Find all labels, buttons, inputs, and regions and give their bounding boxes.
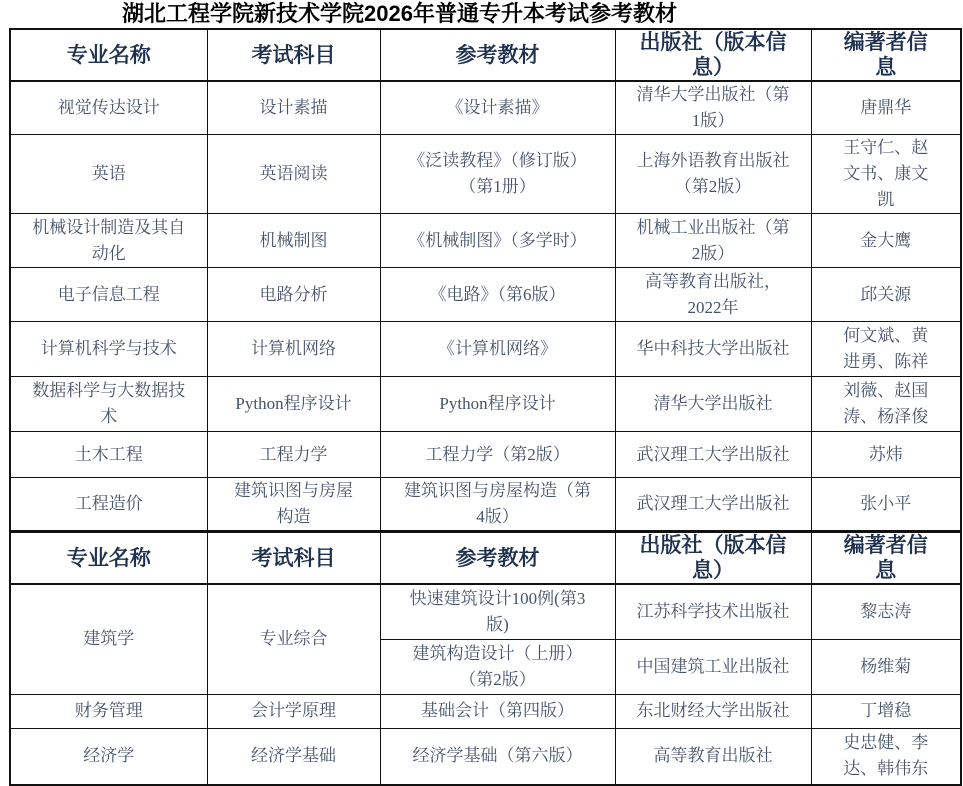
table-row: 财务管理会计学原理基础会计（第四版）东北财经大学出版社丁增稳 [10, 694, 961, 728]
cell-major: 数据科学与大数据技术 [10, 377, 207, 432]
cell-major: 英语 [10, 135, 207, 214]
cell-textbook: 经济学基础（第六版） [380, 728, 615, 785]
cell-publisher: 武汉理工大学出版社 [615, 432, 811, 478]
table-row: 视觉传达设计设计素描《设计素描》清华大学出版社（第1版）唐鼎华 [10, 81, 961, 135]
cell-subject: 电路分析 [207, 268, 380, 322]
cell-authors: 丁增稳 [811, 694, 961, 728]
cell-subject: 专业综合 [207, 584, 380, 694]
cell-publisher: 机械工业出版社（第2版） [615, 214, 811, 268]
header-row: 专业名称考试科目参考教材出版社（版本信息）编著者信息 [10, 532, 961, 585]
cell-subject: 工程力学 [207, 432, 380, 478]
table-row: 土木工程工程力学工程力学（第2版）武汉理工大学出版社苏炜 [10, 432, 961, 478]
column-header-subject: 考试科目 [207, 532, 380, 585]
table-body: 专业名称考试科目参考教材出版社（版本信息）编著者信息视觉传达设计设计素描《设计素… [10, 29, 961, 785]
page-title: 湖北工程学院新技术学院2026年普通专升本考试参考教材 [122, 0, 677, 28]
column-header-major: 专业名称 [10, 29, 207, 81]
table-row: 工程造价建筑识图与房屋构造建筑识图与房屋构造（第4版）武汉理工大学出版社张小平 [10, 478, 961, 532]
cell-major: 土木工程 [10, 432, 207, 478]
cell-authors: 杨维菊 [811, 639, 961, 694]
cell-publisher: 上海外语教育出版社（第2版） [615, 135, 811, 214]
cell-textbook: 《电路》（第6版） [380, 268, 615, 322]
cell-subject: 机械制图 [207, 214, 380, 268]
column-header-subject: 考试科目 [207, 29, 380, 81]
column-header-publisher: 出版社（版本信息） [615, 29, 811, 81]
table-row: 英语英语阅读《泛读教程》（修订版）（第1册）上海外语教育出版社（第2版）王守仁、… [10, 135, 961, 214]
header-row: 专业名称考试科目参考教材出版社（版本信息）编著者信息 [10, 29, 961, 81]
column-header-textbook: 参考教材 [380, 532, 615, 585]
cell-major: 经济学 [10, 728, 207, 785]
document-page: { "page": { "title": "湖北工程学院新技术学院2026年普通… [0, 0, 963, 762]
cell-publisher: 中国建筑工业出版社 [615, 639, 811, 694]
cell-authors: 王守仁、赵文书、康文凯 [811, 135, 961, 214]
cell-authors: 邱关源 [811, 268, 961, 322]
column-header-textbook: 参考教材 [380, 29, 615, 81]
cell-textbook: 《泛读教程》（修订版）（第1册） [380, 135, 615, 214]
cell-authors: 刘薇、赵国涛、杨泽俊 [811, 377, 961, 432]
cell-subject: 建筑识图与房屋构造 [207, 478, 380, 532]
cell-textbook: 快速建筑设计100例(第3版) [380, 584, 615, 639]
cell-publisher: 江苏科学技术出版社 [615, 584, 811, 639]
cell-major: 电子信息工程 [10, 268, 207, 322]
cell-authors: 金大鹰 [811, 214, 961, 268]
cell-major: 工程造价 [10, 478, 207, 532]
cell-subject: 会计学原理 [207, 694, 380, 728]
textbook-table: 专业名称考试科目参考教材出版社（版本信息）编著者信息视觉传达设计设计素描《设计素… [9, 28, 962, 786]
cell-subject: 经济学基础 [207, 728, 380, 785]
cell-authors: 黎志涛 [811, 584, 961, 639]
cell-publisher: 高等教育出版社，2022年 [615, 268, 811, 322]
column-header-authors: 编著者信息 [811, 29, 961, 81]
table-row: 经济学经济学基础经济学基础（第六版）高等教育出版社史忠健、李达、韩伟东 [10, 728, 961, 785]
cell-major: 财务管理 [10, 694, 207, 728]
cell-authors: 何文斌、黄进勇、陈祥 [811, 322, 961, 377]
cell-subject: 英语阅读 [207, 135, 380, 214]
cell-publisher: 武汉理工大学出版社 [615, 478, 811, 532]
cell-textbook: 建筑识图与房屋构造（第4版） [380, 478, 615, 532]
cell-textbook: 建筑构造设计（上册）（第2版） [380, 639, 615, 694]
cell-major: 计算机科学与技术 [10, 322, 207, 377]
table-row: 机械设计制造及其自动化机械制图《机械制图》（多学时）机械工业出版社（第2版）金大… [10, 214, 961, 268]
cell-major: 机械设计制造及其自动化 [10, 214, 207, 268]
cell-textbook: 基础会计（第四版） [380, 694, 615, 728]
column-header-major: 专业名称 [10, 532, 207, 585]
cell-textbook: 《计算机网络》 [380, 322, 615, 377]
cell-publisher: 清华大学出版社 [615, 377, 811, 432]
cell-subject: 计算机网络 [207, 322, 380, 377]
column-header-publisher: 出版社（版本信息） [615, 532, 811, 585]
cell-textbook: Python程序设计 [380, 377, 615, 432]
cell-major: 建筑学 [10, 584, 207, 694]
cell-publisher: 高等教育出版社 [615, 728, 811, 785]
cell-subject: Python程序设计 [207, 377, 380, 432]
column-header-authors: 编著者信息 [811, 532, 961, 585]
cell-textbook: 《设计素描》 [380, 81, 615, 135]
cell-publisher: 东北财经大学出版社 [615, 694, 811, 728]
table-row: 数据科学与大数据技术Python程序设计Python程序设计清华大学出版社刘薇、… [10, 377, 961, 432]
cell-authors: 张小平 [811, 478, 961, 532]
table-row: 电子信息工程电路分析《电路》（第6版）高等教育出版社，2022年邱关源 [10, 268, 961, 322]
cell-textbook: 工程力学（第2版） [380, 432, 615, 478]
cell-subject: 设计素描 [207, 81, 380, 135]
cell-major: 视觉传达设计 [10, 81, 207, 135]
cell-textbook: 《机械制图》（多学时） [380, 214, 615, 268]
cell-authors: 唐鼎华 [811, 81, 961, 135]
table-row: 计算机科学与技术计算机网络《计算机网络》华中科技大学出版社何文斌、黄进勇、陈祥 [10, 322, 961, 377]
cell-authors: 史忠健、李达、韩伟东 [811, 728, 961, 785]
cell-publisher: 华中科技大学出版社 [615, 322, 811, 377]
cell-publisher: 清华大学出版社（第1版） [615, 81, 811, 135]
table-row: 建筑学专业综合快速建筑设计100例(第3版)江苏科学技术出版社黎志涛 [10, 584, 961, 639]
cell-authors: 苏炜 [811, 432, 961, 478]
